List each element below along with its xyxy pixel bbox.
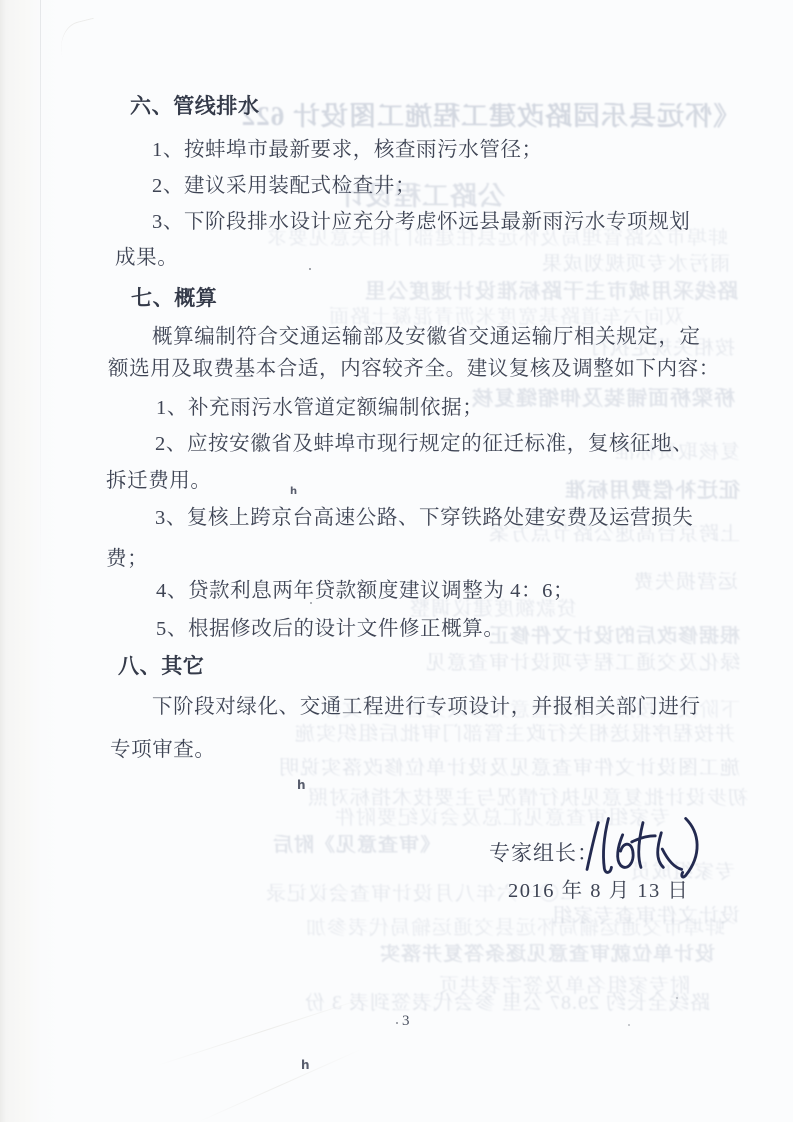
print-artifact-mark: h <box>297 779 306 791</box>
ghost-text-line: 设计单位就审查意见逐条答复并落实 <box>200 944 715 964</box>
ghost-text-line: 初步设计批复意见执行情况与主要技术指标对照 <box>148 788 748 808</box>
list-item: 5、根据修改后的设计文件修正概算。 <box>156 618 504 640</box>
ghost-text-line: 征迁补偿费用标准 <box>535 480 740 501</box>
page-edge-shadow <box>40 0 41 600</box>
ghost-text-line: 绿化及交通工程专项设计审查意见 <box>360 653 740 673</box>
ghost-text-line: 《审查意见》附后 <box>110 835 440 855</box>
ghost-text-line: 《怀远县乐园路改建工程施工图设计 6229》 <box>240 103 740 130</box>
ghost-text-line: 雨污水专项规划成果 <box>480 254 730 274</box>
print-artifact-mark: h <box>290 487 297 497</box>
paragraph-line: 额选用及取费基本合适，内容较齐全。建议复核及调整如下内容： <box>108 358 720 380</box>
list-item: 1、按蚌埠市最新要求，核查雨污水管径； <box>152 139 543 161</box>
list-item: 2、应按安徽省及蚌埠市现行规定的征迁标准，复核征地、 <box>155 433 693 455</box>
section-heading-7: 七、概算 <box>131 287 217 310</box>
scan-speck <box>628 1024 630 1026</box>
scan-speck <box>309 268 311 270</box>
list-item-continuation: 费； <box>106 548 148 570</box>
ghost-text-line: 双向六车道路基宽度米沥青混凝土路面 <box>205 307 685 327</box>
list-item: 2、建议采用装配式检查井； <box>152 175 416 197</box>
paragraph-line: 概算编制符合交通运输部及安徽省交通运输厅相关规定，定 <box>152 326 701 348</box>
scanned-document-page: 《怀远县乐园路改建工程施工图设计 6229》 公路工程设计 蚌埠市公路管理局及怀… <box>0 0 793 1122</box>
ghost-text-line: 蚌埠市交通运输局怀远县交通运输局代表参加 <box>150 918 725 938</box>
list-item: 1、补充雨污水管道定额编制依据； <box>156 397 483 419</box>
list-item-continuation: 成果。 <box>115 247 178 269</box>
ghost-text-line: 路线采用城市主干路标准设计速度公里 <box>148 281 738 302</box>
signoff-role-label: 专家组长： <box>489 837 599 867</box>
paragraph-line: 下阶段对绿化、交通工程进行专项设计，并报相关部门进行 <box>152 696 701 718</box>
ghost-text-line: 路线全长约 29.87 公里 参会代表签到表 3 份 <box>200 993 710 1013</box>
ghost-text-line: 施工图设计文件审查意见及设计单位修改落实说明 <box>130 758 740 778</box>
scan-speck <box>396 1022 398 1024</box>
paper-crease <box>198 1048 363 1122</box>
handwritten-signature <box>584 810 706 882</box>
list-item: 3、复核上跨京台高速公路、下穿铁路处建安费及运营损失 <box>155 507 693 529</box>
list-item-continuation: 拆迁费用。 <box>106 470 212 492</box>
ghost-text-line: 运营损失费 <box>598 572 738 592</box>
list-item: 3、下阶段排水设计应充分考虑怀远县最新雨污水专项规划 <box>152 211 690 233</box>
scan-speck <box>310 602 312 604</box>
page-number: 3 <box>402 1013 410 1030</box>
signoff-date: 2016 年 8 月 13 日 <box>508 873 689 903</box>
print-artifact-mark: h <box>301 1059 310 1071</box>
paragraph-line: 专项审查。 <box>110 739 216 761</box>
list-item: 4、贷款利息两年贷款额度建议调整为 4：6； <box>156 580 574 602</box>
section-heading-8: 八、其它 <box>118 655 204 678</box>
paper-crease <box>55 18 101 58</box>
scan-speck <box>676 997 678 999</box>
section-heading-6: 六、管线排水 <box>130 95 260 118</box>
